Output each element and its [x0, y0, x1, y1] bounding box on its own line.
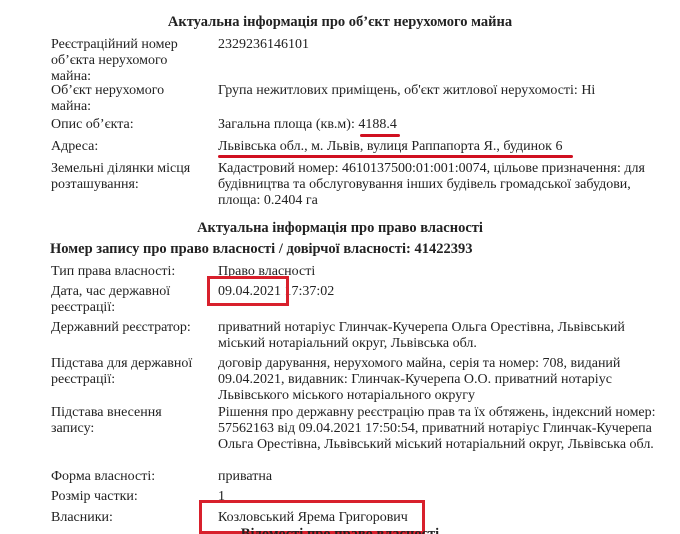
- label: Власники:: [51, 510, 211, 526]
- next-section-heading-partial: Відомості про право власності: [0, 526, 680, 534]
- ownership-record-title: Номер запису про право власності / довір…: [50, 241, 472, 257]
- value: Група нежитлових приміщень, об'єкт житло…: [218, 83, 658, 99]
- area-value: 4188.4: [358, 117, 397, 132]
- label: Об’єкт нерухомого майна:: [51, 83, 181, 115]
- value: 2329236146101: [218, 37, 658, 53]
- label: Адреса:: [51, 139, 211, 155]
- value: Львівська обл., м. Львів, вулиця Раппапо…: [218, 139, 658, 155]
- area-underline: [360, 134, 400, 137]
- label: Підстава внесення запису:: [51, 405, 176, 437]
- label: Розмір частки:: [51, 489, 211, 505]
- label: Реєстраційний номер об’єкта нерухомого м…: [51, 37, 201, 85]
- label: Дата, час державної реєстрації:: [51, 284, 176, 316]
- label: Земельні ділянки місця розташування:: [51, 161, 201, 193]
- value: Рішення про державну реєстрацію прав та …: [218, 405, 658, 453]
- value-prefix: Загальна площа (кв.м):: [218, 117, 358, 132]
- object-section-heading: Актуальна інформація про об’єкт нерухомо…: [0, 14, 680, 30]
- value: договір дарування, нерухомого майна, сер…: [218, 356, 658, 404]
- label: Тип права власності:: [51, 264, 211, 280]
- value: Загальна площа (кв.м): 4188.4: [218, 117, 658, 133]
- label: Підстава для державної реєстрації:: [51, 356, 206, 388]
- label: Державний реєстратор:: [51, 320, 211, 336]
- value: Кадастровий номер: 4610137500:01:001:007…: [218, 161, 658, 209]
- label: Форма власності:: [51, 469, 211, 485]
- address-underline: [218, 155, 573, 158]
- date-highlight-box: [207, 276, 289, 306]
- label: Опис об’єкта:: [51, 117, 211, 133]
- ownership-section-heading: Актуальна інформація про право власності: [0, 220, 680, 236]
- value: приватна: [218, 469, 658, 485]
- value: приватний нотаріус Глинчак-Кучерепа Ольг…: [218, 320, 658, 352]
